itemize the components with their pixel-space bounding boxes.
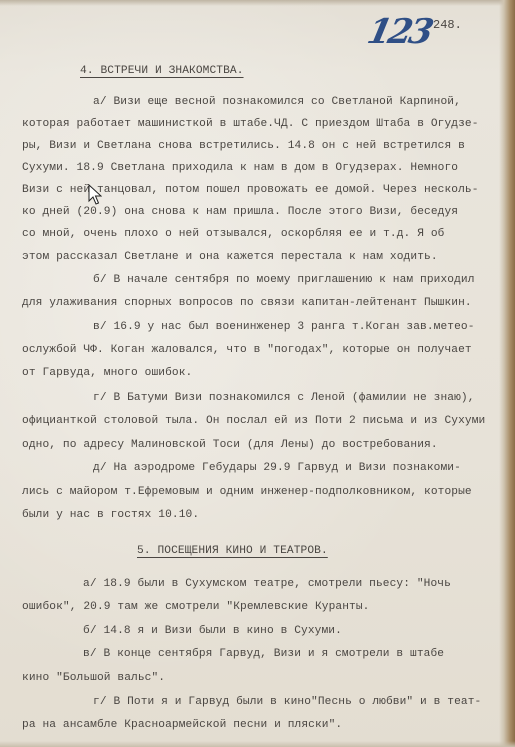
- paragraph-line: в/ В конце сентября Гарвуд, Визи и я смо…: [83, 648, 444, 660]
- paragraph-line: ошибок", 20.9 там же смотрели "Кремлевск…: [22, 601, 370, 613]
- paper-right-edge: [499, 0, 515, 747]
- paragraph-line: которая работает машинисткой в штабе.ЧД.…: [22, 118, 479, 130]
- paragraph-line: этом рассказал Светлане и она кажется пе…: [22, 251, 438, 263]
- mouse-pointer-icon: [88, 184, 102, 206]
- paragraph-line: г/ В Батуми Визи познакомился с Леной (ф…: [93, 392, 475, 404]
- paragraph-line: б/ 14.8 я и Визи были в кино в Сухуми.: [83, 625, 342, 637]
- section-heading-cinema-theatre: 5. ПОСЕЩЕНИЯ КИНО И ТЕАТРОВ.: [137, 545, 328, 557]
- paragraph-line: г/ В Поти я и Гарвуд были в кино"Песнь о…: [93, 696, 481, 708]
- paragraph-line: для улаживания спорных вопросов по связи…: [22, 297, 472, 309]
- scanned-document-page: 123 248. 4. ВСТРЕЧИ И ЗНАКОМСТВА. а/ Виз…: [0, 0, 515, 747]
- paragraph-line: кино "Большой вальс".: [22, 672, 165, 684]
- paragraph-line: одно, по адресу Малиновской Тоси (для Ле…: [22, 439, 438, 451]
- paragraph-line: а/ Визи еще весной познакомился со Светл…: [93, 96, 461, 108]
- paragraph-line: ра на ансамбле Красноармейской песни и п…: [22, 719, 342, 731]
- paper-top-edge: [0, 0, 515, 6]
- typed-page-number: 248.: [433, 18, 462, 32]
- paragraph-line: в/ 16.9 у нас был военинженер 3 ранга т.…: [93, 321, 475, 333]
- paragraph-line: д/ На аэродроме Гебудары 29.9 Гарвуд и В…: [93, 462, 461, 474]
- paragraph-line: ослужбой ЧФ. Коган жаловался, что в "пог…: [22, 344, 472, 356]
- paper-bottom-edge: [0, 741, 515, 747]
- paragraph-line: со мной, очень плохо о ней отзывался, ос…: [22, 228, 444, 240]
- paragraph-line: были у нас в гостях 10.10.: [22, 509, 199, 521]
- paragraph-line: ко дней (20.9) она снова к нам пришла. П…: [22, 206, 458, 218]
- paragraph-line: Сухуми. 18.9 Светлана приходила к нам в …: [22, 162, 458, 174]
- paragraph-line: ры, Визи и Светлана снова встретились. 1…: [22, 140, 465, 152]
- section-heading-meetings: 4. ВСТРЕЧИ И ЗНАКОМСТВА.: [80, 65, 244, 77]
- paragraph-line: лись с майором т.Ефремовым и одним инжен…: [22, 486, 472, 498]
- paragraph-line: от Гарвуда, много ошибок.: [22, 367, 192, 379]
- paragraph-line: официанткой столовой тыла. Он послал ей …: [22, 415, 485, 427]
- paragraph-line: б/ В начале сентября по моему приглашени…: [93, 274, 475, 286]
- paragraph-line: а/ 18.9 были в Сухумском театре, смотрел…: [83, 578, 451, 590]
- handwritten-archive-number: 123: [364, 12, 434, 52]
